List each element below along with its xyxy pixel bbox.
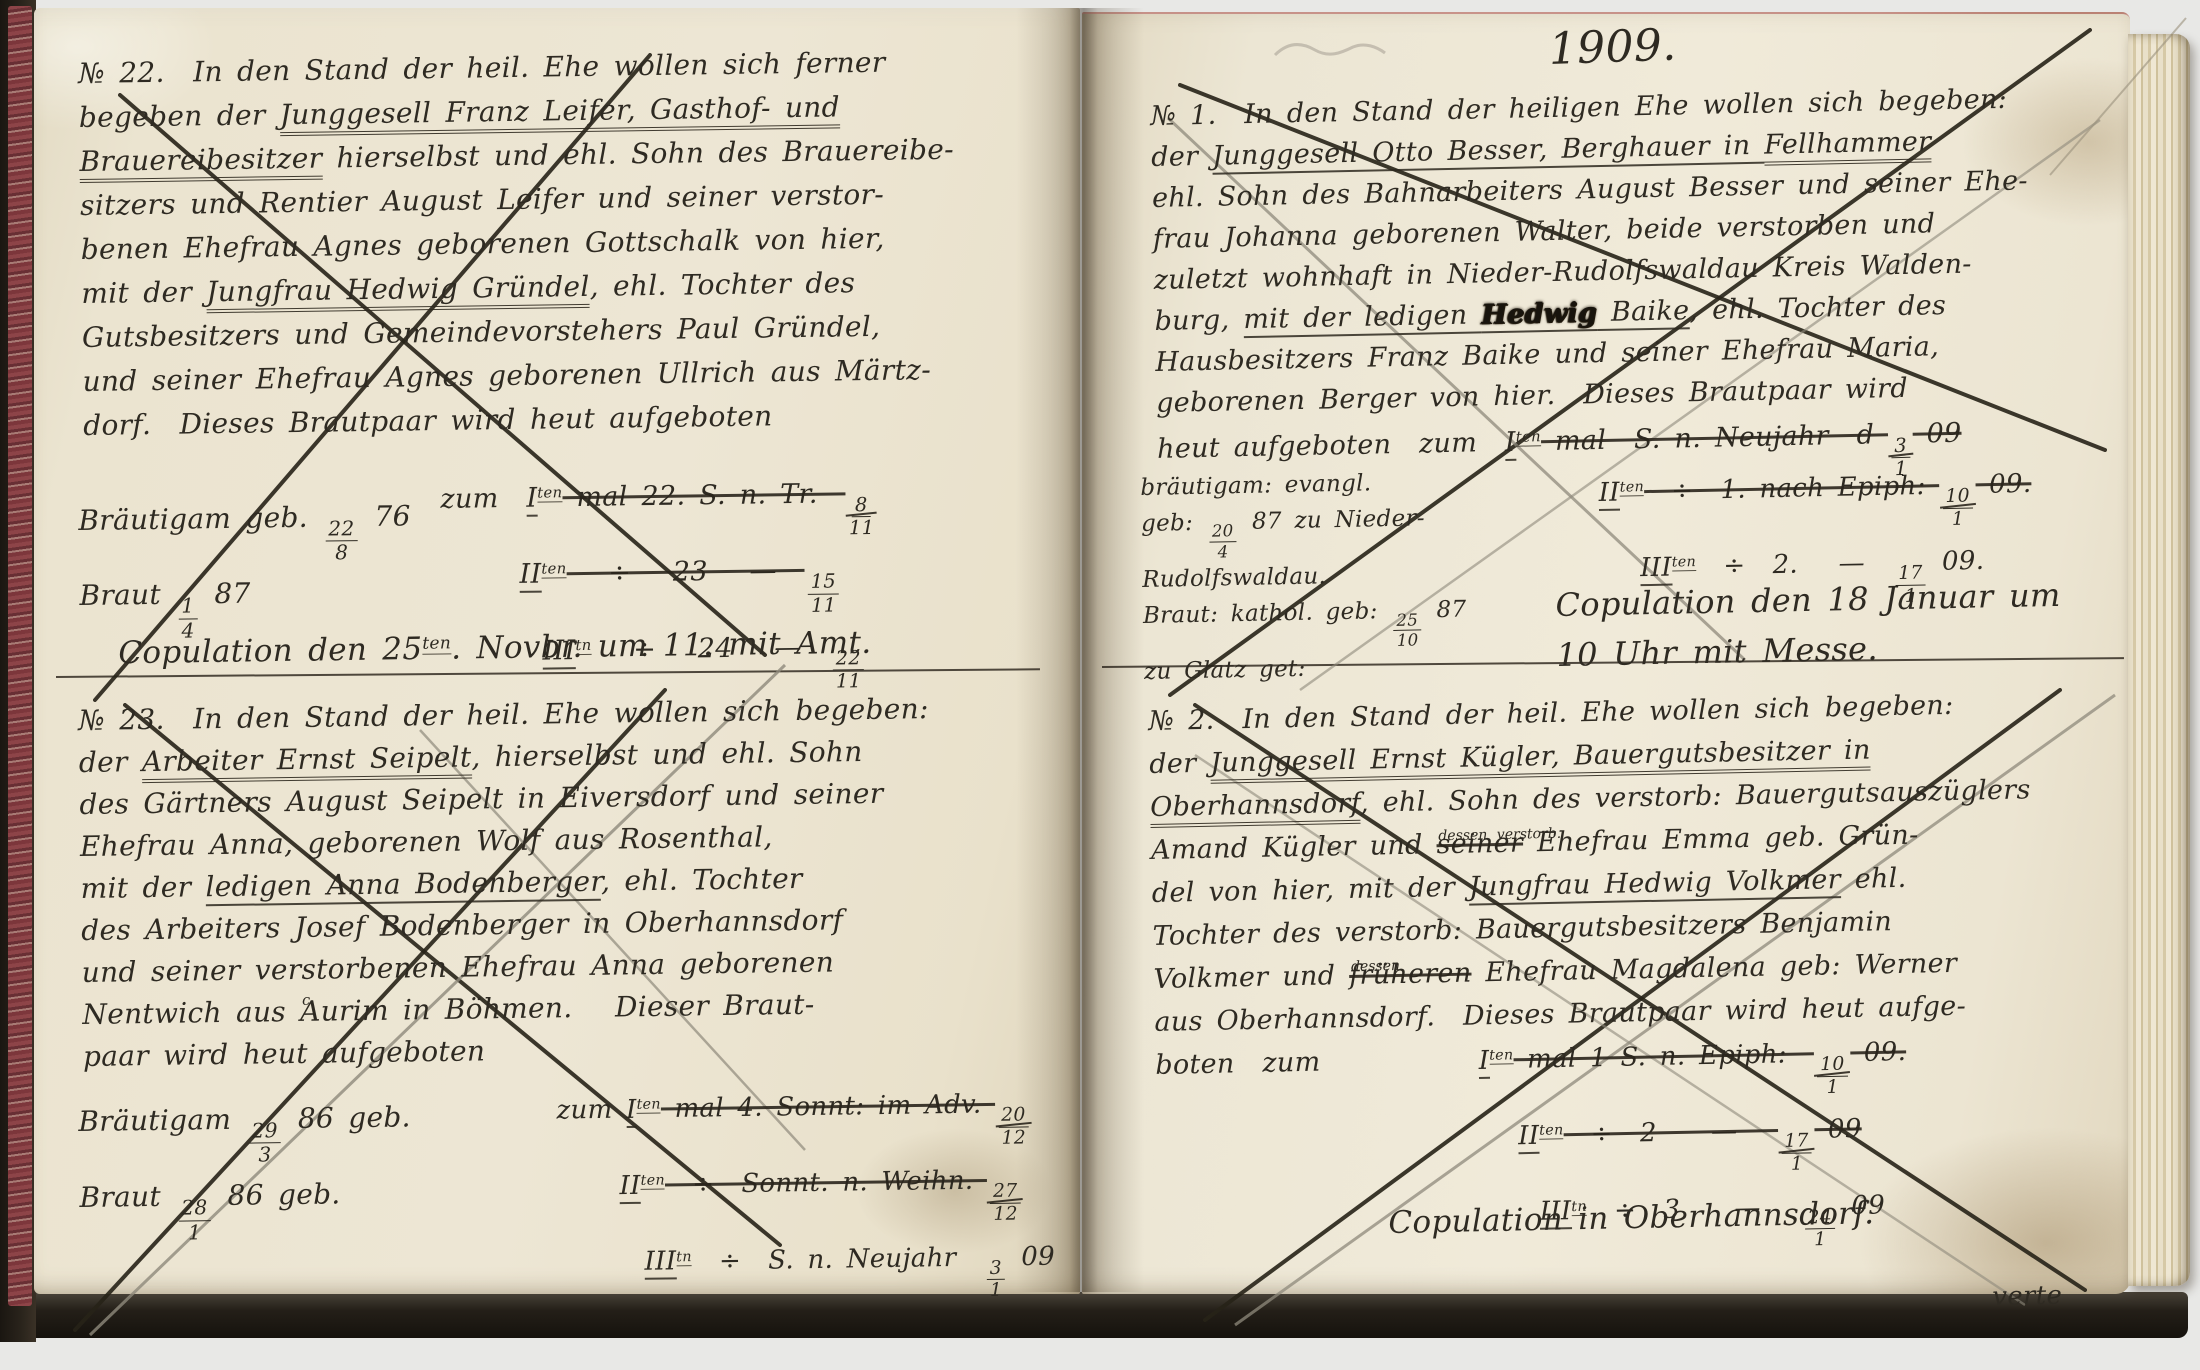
handwritten-text: 1909. [1548,20,1677,75]
handwritten-text: 86 geb. [283,1100,411,1135]
handwritten-text: Aurim [300,994,389,1028]
handwritten-text: , ehl. Sohn des verstorb: Bauergutsauszü… [1360,774,2031,818]
handwritten-text: 86 geb. [213,1178,341,1213]
handwritten-text: ehl. [1840,863,1906,895]
handwritten-text: ten [1672,554,1697,571]
entry-23-birthdates-line: Braut 281 86 geb. [79,1164,412,1245]
handwritten-text: sitzers und Rentier August Leifer und se… [80,178,884,222]
handwritten-text: № 22. In den Stand der heil. Ehe wollen … [78,46,886,90]
entry-22-banns-dates-line: IIten ÷ 23 — 1511 [519,538,878,619]
handwritten-text: Ehefrau Emma geb. Grün- [1523,820,1919,859]
handwritten-text: Ehefrau Anna, geborenen Wolf aus Rosenth… [80,820,773,863]
handwritten-text: mit der [80,870,205,905]
handwritten-text: mit der [81,275,206,310]
handwritten-text: in Böhmen. Dieser Braut- [389,988,815,1027]
page-block-edge-right [2128,34,2190,1286]
red-marbled-page-edge [8,6,32,1306]
handwritten-text: Braut: kathol. geb: [1143,598,1391,629]
handwritten-text: Amand Kügler und [1151,829,1437,866]
date-fraction: 2510 [1393,611,1421,649]
date-fraction: 293 [248,1120,281,1166]
entry-22-banns-dates-line: zum Iten mal 22. S. n. Tr. 811 [440,462,877,545]
handwritten-text: Rudolfswaldau. [1142,564,1326,594]
handwritten-text: boten zum [1155,1047,1321,1081]
date-fraction: 171 [1781,1132,1812,1175]
handwritten-text: Gutsbesitzers und Gemeindevorstehers Pau… [82,310,881,354]
handwritten-text: Fellhammer [1764,126,1932,165]
entry-1-copulation: Copulation den 18 Januar um10 Uhr mit Me… [1555,570,2062,680]
handwritten-text: Arbeiter Ernst Seipelt [142,741,472,784]
handwritten-text: ten [640,1173,665,1190]
handwritten-text: № 23. In den Stand der heil. Ehe wollen … [78,692,929,737]
handwritten-text: III [644,1246,676,1279]
date-fraction: 2012 [998,1105,1029,1148]
entry-23-banns-dates-line: IIten ÷ Sonnt. n. Weihn. 2712 [619,1147,1054,1229]
entry-23-banns-dates: zum Iten mal 4. Sonnt: im Adv. 2012IIten… [556,1071,1056,1307]
handwritten-text: ten [1620,479,1645,496]
inserted-correction: dessen [1351,945,1401,989]
handwritten-text: geb: [1141,510,1206,537]
handwritten-text: tn [676,1249,692,1266]
handwritten-text: ÷ 23 — [566,555,804,589]
handwritten-text: , hierselbst und ehl. Sohn [471,735,863,773]
year-heading: 1909. [1548,20,1677,76]
date-fraction: 101 [1942,486,1973,529]
handwritten-text: Baike [1597,295,1690,331]
entry-22-birthdates: Bräutigam geb. 228 76Braut 14 87 [78,487,412,642]
handwritten-text: dorf. Dieses Brautpaar wird heut aufgebo… [83,399,773,442]
date-fraction: 204 [1209,523,1237,561]
handwritten-text: Brauereibesitzer [79,142,322,183]
handwritten-text: 76 [360,499,411,533]
entry-23-banns-dates-line: IIItn ÷ S. n. Neujahr 31 09 [644,1224,1055,1306]
date-fraction: 811 [848,495,874,539]
handwritten-text: I [1505,427,1517,461]
handwritten-text: des Gärtners August Seipelt in Eiversdor… [79,777,883,821]
date-fraction: 228 [325,518,358,564]
handwritten-text: ÷ Sonnt. n. Weihn. [665,1166,987,1200]
handwritten-text: Junggesell Franz Leifer, Gasthof- und [279,90,840,136]
handwritten-text: mal 22. S. n. Tr. [562,478,845,513]
date-fraction: 101 [1817,1055,1848,1098]
handwritten-text: ten [636,1097,661,1114]
handwritten-text: Jungfrau Hedwig Gründel [206,270,590,313]
handwritten-text: 87 zu Nieder- [1239,505,1425,535]
inserted-correction: dessen verstorb. [1438,813,1562,858]
handwritten-text: burg, [1154,304,1243,337]
handwritten-text: Nentwich aus [82,995,300,1031]
handwritten-text: 10 Uhr mit Messe. [1556,630,1878,674]
handwritten-text: Copulation in Oberhannsdorf. [1388,1195,1874,1241]
handwritten-text: der [79,745,142,779]
entry-1-bride-groom-info-line: zu Glatz get: [1144,648,1468,690]
handwritten-text: mit der ledigen [1243,299,1482,338]
handwritten-text: mal 4. Sonnt: im Adv. [661,1089,996,1124]
entry-1-banns-dates-line: IIten ÷ 1. nach Epiph: 101 09. [1598,451,2032,536]
handwritten-text: und seiner Ehefrau Agnes geborenen Ullri… [82,353,931,398]
handwritten-text: II [1598,477,1620,510]
handwritten-text: I [1478,1045,1489,1078]
handwritten-text: der [1151,141,1213,173]
verte-note-line: verte [1992,1281,2062,1312]
handwritten-text: . Novbr. um 11. mit Amt. [451,625,872,667]
handwritten-text: I [626,1094,637,1127]
handwritten-text: 09 [1814,1114,1862,1145]
handwritten-text: Bräutigam geb. [78,501,322,537]
handwritten-text: zum [440,483,526,515]
handwritten-text: paar wird heut aufgeboten [83,1034,486,1073]
entry-1-bride-groom-info-line: geb: 204 87 zu Nieder- [1141,499,1466,562]
handwritten-text: Volkmer und [1153,960,1349,995]
handwritten-text: des Arbeiters Josef Bodenberger in Oberh… [81,903,843,947]
handwritten-text: Bräutigam [78,1103,245,1138]
handwritten-text: Ehefrau Magdalena geb: Werner [1471,948,1957,989]
entry-22-birthdates-line: Bräutigam geb. 228 76 [78,487,411,567]
handwritten-text: zu Glatz get: [1144,656,1306,685]
handwritten-text: Braut [79,1180,175,1214]
handwritten-text: , ehl. Tochter des [589,266,855,303]
date-fraction: 31 [987,1258,1006,1301]
handwritten-text: ledigen Anna Bodenberger [205,865,601,907]
handwritten-text: bräutigam: evangl. [1140,470,1372,501]
handwritten-text: benen Ehefrau Agnes geborenen Gottschalk… [81,222,885,266]
handwritten-text: ten [1539,1123,1564,1140]
handwritten-text: 09 [1008,1241,1056,1272]
handwritten-text: 09. [1850,1037,1906,1068]
year-heading-line: 1909. [1548,20,1677,76]
handwritten-text: Copulation den 18 Januar um [1555,576,2061,624]
handwritten-text: II [519,559,541,593]
handwritten-text: 09 [1912,418,1961,450]
handwritten-text: Copulation den 25 [118,631,422,671]
handwritten-text: II [1518,1121,1540,1154]
entry-23-body: № 23. In den Stand der heil. Ehe wollen … [78,688,934,1078]
register-book-scan: № 22. In den Stand der heil. Ehe wollen … [0,0,2200,1370]
date-fraction: 281 [178,1198,211,1244]
handwritten-text: zum [556,1095,626,1126]
handwritten-text: ÷ S. n. Neujahr [692,1242,984,1276]
inserted-correction: c [302,980,311,1022]
entry-1-body: № 1. In den Stand der heiligen Ehe wolle… [1150,78,2034,494]
book-cover-bottom-edge [16,1292,2188,1338]
date-fraction: 1511 [808,572,840,616]
entry-23-birthdates-line: Bräutigam 293 86 geb. [78,1087,411,1168]
entry-23-birthdates: Bräutigam 293 86 geb.Braut 281 86 geb. [78,1087,412,1244]
handwritten-text: ten [1489,1047,1514,1064]
entry-23-banns-dates-line: zum Iten mal 4. Sonnt: im Adv. 2012 [556,1071,1053,1154]
verte-note: verte [1992,1281,2062,1312]
entry-1-copulation-line: 10 Uhr mit Messe. [1556,620,2062,680]
entry-1-bride-groom-info-line: Braut: kathol. geb: 2510 87 [1143,592,1468,655]
corrected-word: früherendessen [1349,958,1472,991]
entry-1-bride-groom-info: bräutigam: evangl.geb: 204 87 zu Nieder-… [1140,464,1468,691]
handwritten-text: der [1149,748,1211,780]
handwritten-text: , ehl. Tochter [601,862,803,898]
date-fraction: 2712 [990,1182,1021,1225]
handwritten-text: II [619,1171,641,1204]
handwritten-text: begeben der [79,98,280,134]
entry-2-banns-dates-line: Iten mal 1 S. n. Epiph: 101 09. [1478,1019,1907,1104]
entry-22-body: № 22. In den Stand der heil. Ehe wollen … [78,40,958,448]
handwritten-text: ten [422,633,451,654]
handwritten-text: mal S. n. Neujahr d [1541,419,1889,457]
handwritten-text: Jungfrau Hedwig Volkmer [1469,864,1842,905]
handwritten-text: del von hier, mit der [1152,872,1470,909]
handwritten-text: 87 [200,577,251,611]
corrected-word: seinerdessen verstorb. [1436,828,1523,861]
entry-1-copulation-line: Copulation den 18 Januar um [1555,570,2061,630]
handwritten-text: Braut [79,578,175,612]
corrected-word: Aurimc [300,994,389,1028]
handwritten-text: verte [1992,1281,2062,1312]
entry-2-banns-dates-line: IIten ÷ 2 — 171 09 [1518,1096,1909,1180]
handwritten-text: und seiner verstorbenen Ehefrau Anna geb… [82,945,835,989]
handwritten-text: ten [537,483,562,502]
handwritten-text: mal 1 S. n. Epiph: [1513,1039,1814,1075]
handwritten-text: Hedwig [1481,297,1597,333]
handwritten-text: 87 [1424,597,1467,624]
handwritten-text: , ehl. Tochter des [1689,290,1946,326]
handwritten-text: hierselbst und ehl. Sohn des Brauereibe- [322,133,954,175]
handwritten-text: ÷ 1. nach Epiph: [1644,471,1940,507]
handwritten-text: ÷ 2 — [1563,1116,1778,1150]
handwritten-text: I [526,483,537,517]
handwritten-text: Oberhannsdorf [1150,788,1360,828]
handwritten-text: 09. [1975,469,2031,500]
handwritten-text: ten [541,560,566,579]
handwritten-text: heut aufgeboten zum [1157,427,1505,465]
handwritten-text: ten [1516,427,1542,447]
